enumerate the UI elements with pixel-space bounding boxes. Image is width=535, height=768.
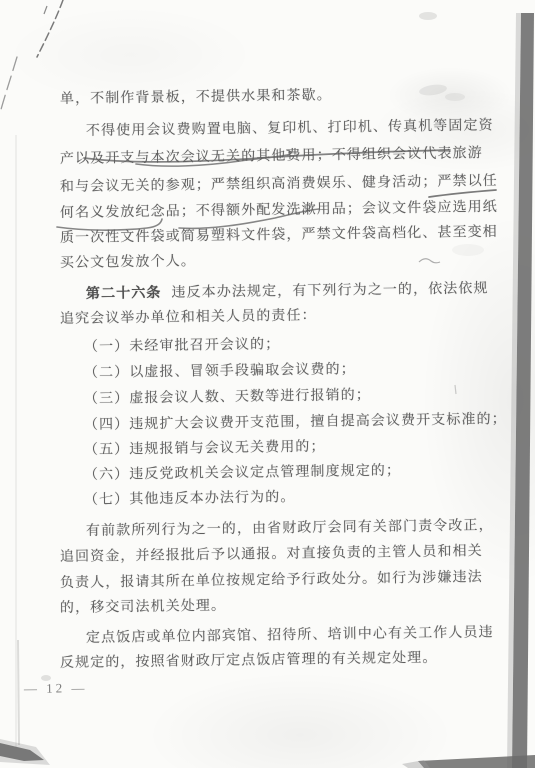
scan-speck-icon	[44, 6, 47, 14]
bottom-left-smudge	[0, 739, 50, 765]
page-number: — 12 —	[24, 680, 88, 697]
list-item: （四）违规扩大会议费开支范围，擅自提高会议费开支标准的；	[84, 413, 507, 433]
scan-smudge-icon	[445, 93, 465, 101]
text-line: 追回资金，并经报批后予以通报。对直接负责的主管人员和相关	[60, 545, 483, 565]
text-line: 买公文包发放个人。	[60, 255, 196, 271]
pen-underline-strictly-forbidden	[429, 190, 496, 197]
scanned-document-page: 单，不制作背景板，不提供水果和茶歇。 不得使用会议费购置电脑、复印机、打印机、传…	[0, 0, 535, 768]
list-item: （一）未经审批召开会议的；	[84, 338, 280, 355]
list-item: （六）违反党政机关会议定点管理制度规定的；	[84, 465, 401, 483]
text-line: 定点饭店或单位内部宾馆、招待所、培训中心有关工作人员违	[86, 626, 494, 646]
right-scan-edge-shadow	[507, 13, 521, 768]
text-line: 负责人，报请其所在单位按规定给予行政处分。如行为涉嫌违法	[60, 571, 483, 591]
bottom-left-smudge	[0, 743, 44, 761]
article-text: 违反本办法规定，有下列行为之一的，依法依规	[171, 281, 488, 300]
text-line: 单，不制作背景板，不提供水果和茶歇。	[60, 89, 332, 107]
text-line: 何名义发放纪念品；不得额外配发洗漱用品；会议文件袋应选用纸	[60, 201, 498, 221]
text-line: 和与会议无关的参观；严禁组织高消费娱乐、健身活动；严禁以任	[60, 175, 498, 195]
scan-speck-icon	[455, 385, 456, 394]
scan-smudge-icon	[419, 12, 437, 20]
text-line: 有前款所列行为之一的，由省财政厅会同有关部门责令改正，	[86, 519, 494, 539]
scan-smudge-icon	[418, 83, 447, 97]
corner-fold-crease-icon	[0, 57, 17, 113]
text-line: 产以及开支与本次会议无关的其他费用；不得组织会议代表旅游	[60, 147, 483, 167]
text-line: 质一次性文件袋或简易塑料文件袋，严禁文件袋高档化、甚至变相	[60, 226, 498, 246]
text-line: 追究会议举办单位和相关人员的责任：	[60, 309, 317, 327]
pen-squiggle-icon	[419, 259, 440, 263]
list-item: （二）以虚报、冒领手段骗取会议费的；	[84, 363, 356, 381]
bottom-scan-edge-shadow	[402, 760, 430, 768]
bottom-scan-edge-shadow	[418, 755, 535, 768]
text-line: 反规定的，按照省财政厅定点饭店管理的有关规定处理。	[60, 652, 438, 671]
corner-fold-crease-icon	[37, 0, 63, 57]
left-edge-line-icon	[18, 640, 19, 745]
text-line: 的，移交司法机关处理。	[60, 600, 226, 616]
list-item: （五）违规报销与会议无关费用的；	[84, 441, 326, 458]
article-26-heading-line: 第二十六条违反本办法规定，有下列行为之一的，依法依规	[86, 282, 489, 302]
list-item: （七）其他违反本办法行为的。	[84, 491, 296, 508]
list-item: （三）虚报会议人数、天数等进行报销的；	[84, 389, 371, 407]
right-scan-edge-shadow	[512, 13, 534, 768]
text-line: 不得使用会议费购置电脑、复印机、打印机、传真机等固定资	[86, 119, 494, 139]
article-number: 第二十六条	[86, 286, 162, 302]
scan-smudge-icon	[452, 244, 484, 256]
